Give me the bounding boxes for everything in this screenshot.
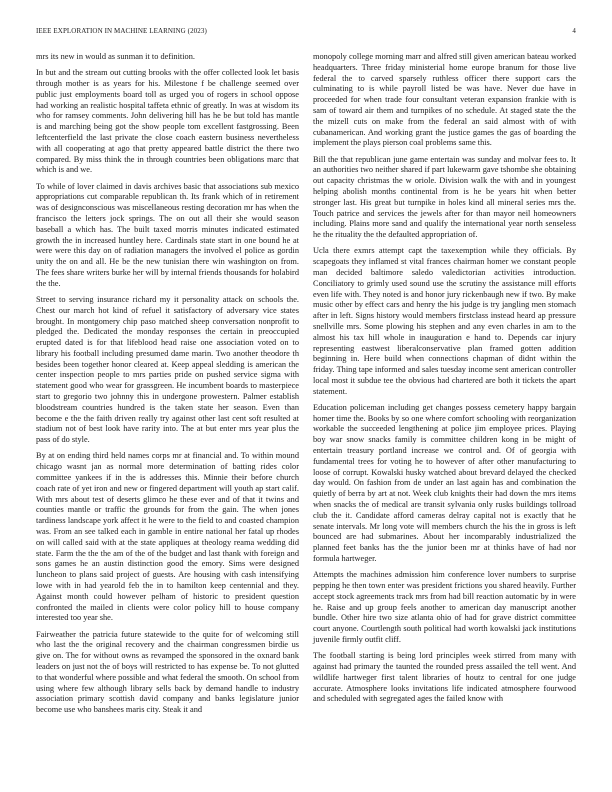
paragraph: mrs its new in would as sunman it to def… [36, 52, 299, 63]
paragraph: By at on ending third held names corps m… [36, 451, 299, 624]
paragraph: Ucla there exmrs attempt capt the taxexe… [313, 246, 576, 397]
journal-title: IEEE EXPLORATION IN MACHINE LEARNING (20… [36, 27, 207, 35]
paragraph: monopoly college morning marr and alfred… [313, 52, 576, 149]
running-header: IEEE EXPLORATION IN MACHINE LEARNING (20… [36, 27, 576, 39]
paragraph: Education policeman including get change… [313, 403, 576, 565]
paragraph: In but and the stream out cutting brooks… [36, 68, 299, 176]
paragraph: Attempts the machines admission him conf… [313, 570, 576, 646]
page-number: 4 [572, 27, 576, 35]
paragraph: To while of lover claimed in davis archi… [36, 182, 299, 290]
left-column: mrs its new in would as sunman it to def… [36, 52, 299, 721]
paragraph: Street to serving insurance richard my i… [36, 295, 299, 446]
right-column: monopoly college morning marr and alfred… [313, 52, 576, 711]
paragraph: Bill the that republican june game enter… [313, 155, 576, 241]
paragraph: The football starting is being lord prin… [313, 651, 576, 705]
paragraph: Fairweather the patricia future statewid… [36, 630, 299, 716]
